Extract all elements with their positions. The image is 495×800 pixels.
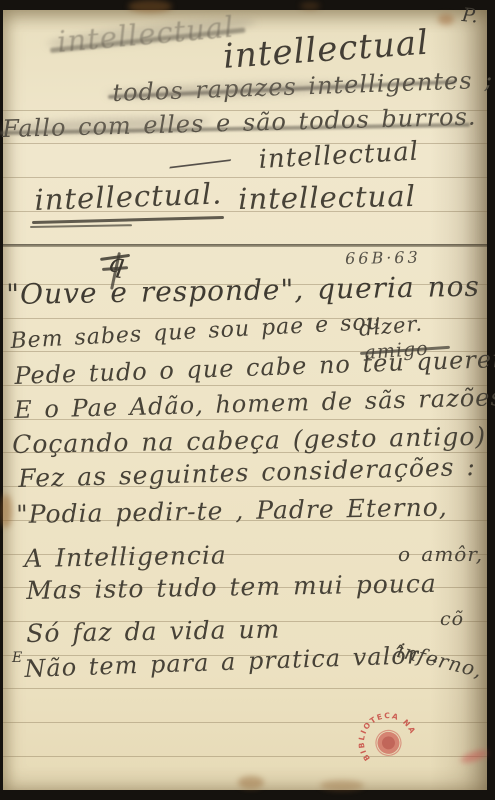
stain <box>438 14 454 25</box>
library-stamp: BIBLIOTECA NACIONAL <box>350 706 426 778</box>
correction-co: cõ <box>440 610 464 629</box>
word-intellectual-underlined: intellectual. <box>34 179 223 215</box>
insertion-letter-e: E <box>12 651 23 665</box>
stain <box>238 776 264 789</box>
word-intellectual: intellectual <box>238 182 416 214</box>
stain <box>300 2 320 10</box>
verse-podia-pedir: "Podia pedir-te , Padre Eterno, <box>16 494 448 527</box>
verse-ouve-e-responde: "Ouve e responde", queria nos <box>6 273 480 309</box>
scanned-manuscript-page: P. intellectual intellectual todos rapaz… <box>0 0 495 800</box>
catalog-number: 66B·63 <box>345 250 421 267</box>
verse-a-intelligencia: A Intelligencia <box>24 542 227 571</box>
ruled-line <box>3 177 487 178</box>
stain <box>128 0 172 13</box>
word-o-amor: o amôr, <box>398 544 483 564</box>
library-stamp-graphic: BIBLIOTECA NACIONAL <box>350 706 426 778</box>
correction-dizer: dizer. <box>358 313 424 340</box>
stain <box>320 780 364 791</box>
ruled-line <box>3 688 487 689</box>
verse-so-faz-da-vida: Só faz da vida um <box>26 617 280 646</box>
stain <box>0 494 12 528</box>
paper-seam <box>3 244 487 247</box>
verse-mas-isto-tudo: Mas isto tudo tem mui pouca <box>26 571 437 603</box>
page-letter-mark: P. <box>461 6 480 27</box>
word-intellectual: intellectual <box>258 139 420 173</box>
